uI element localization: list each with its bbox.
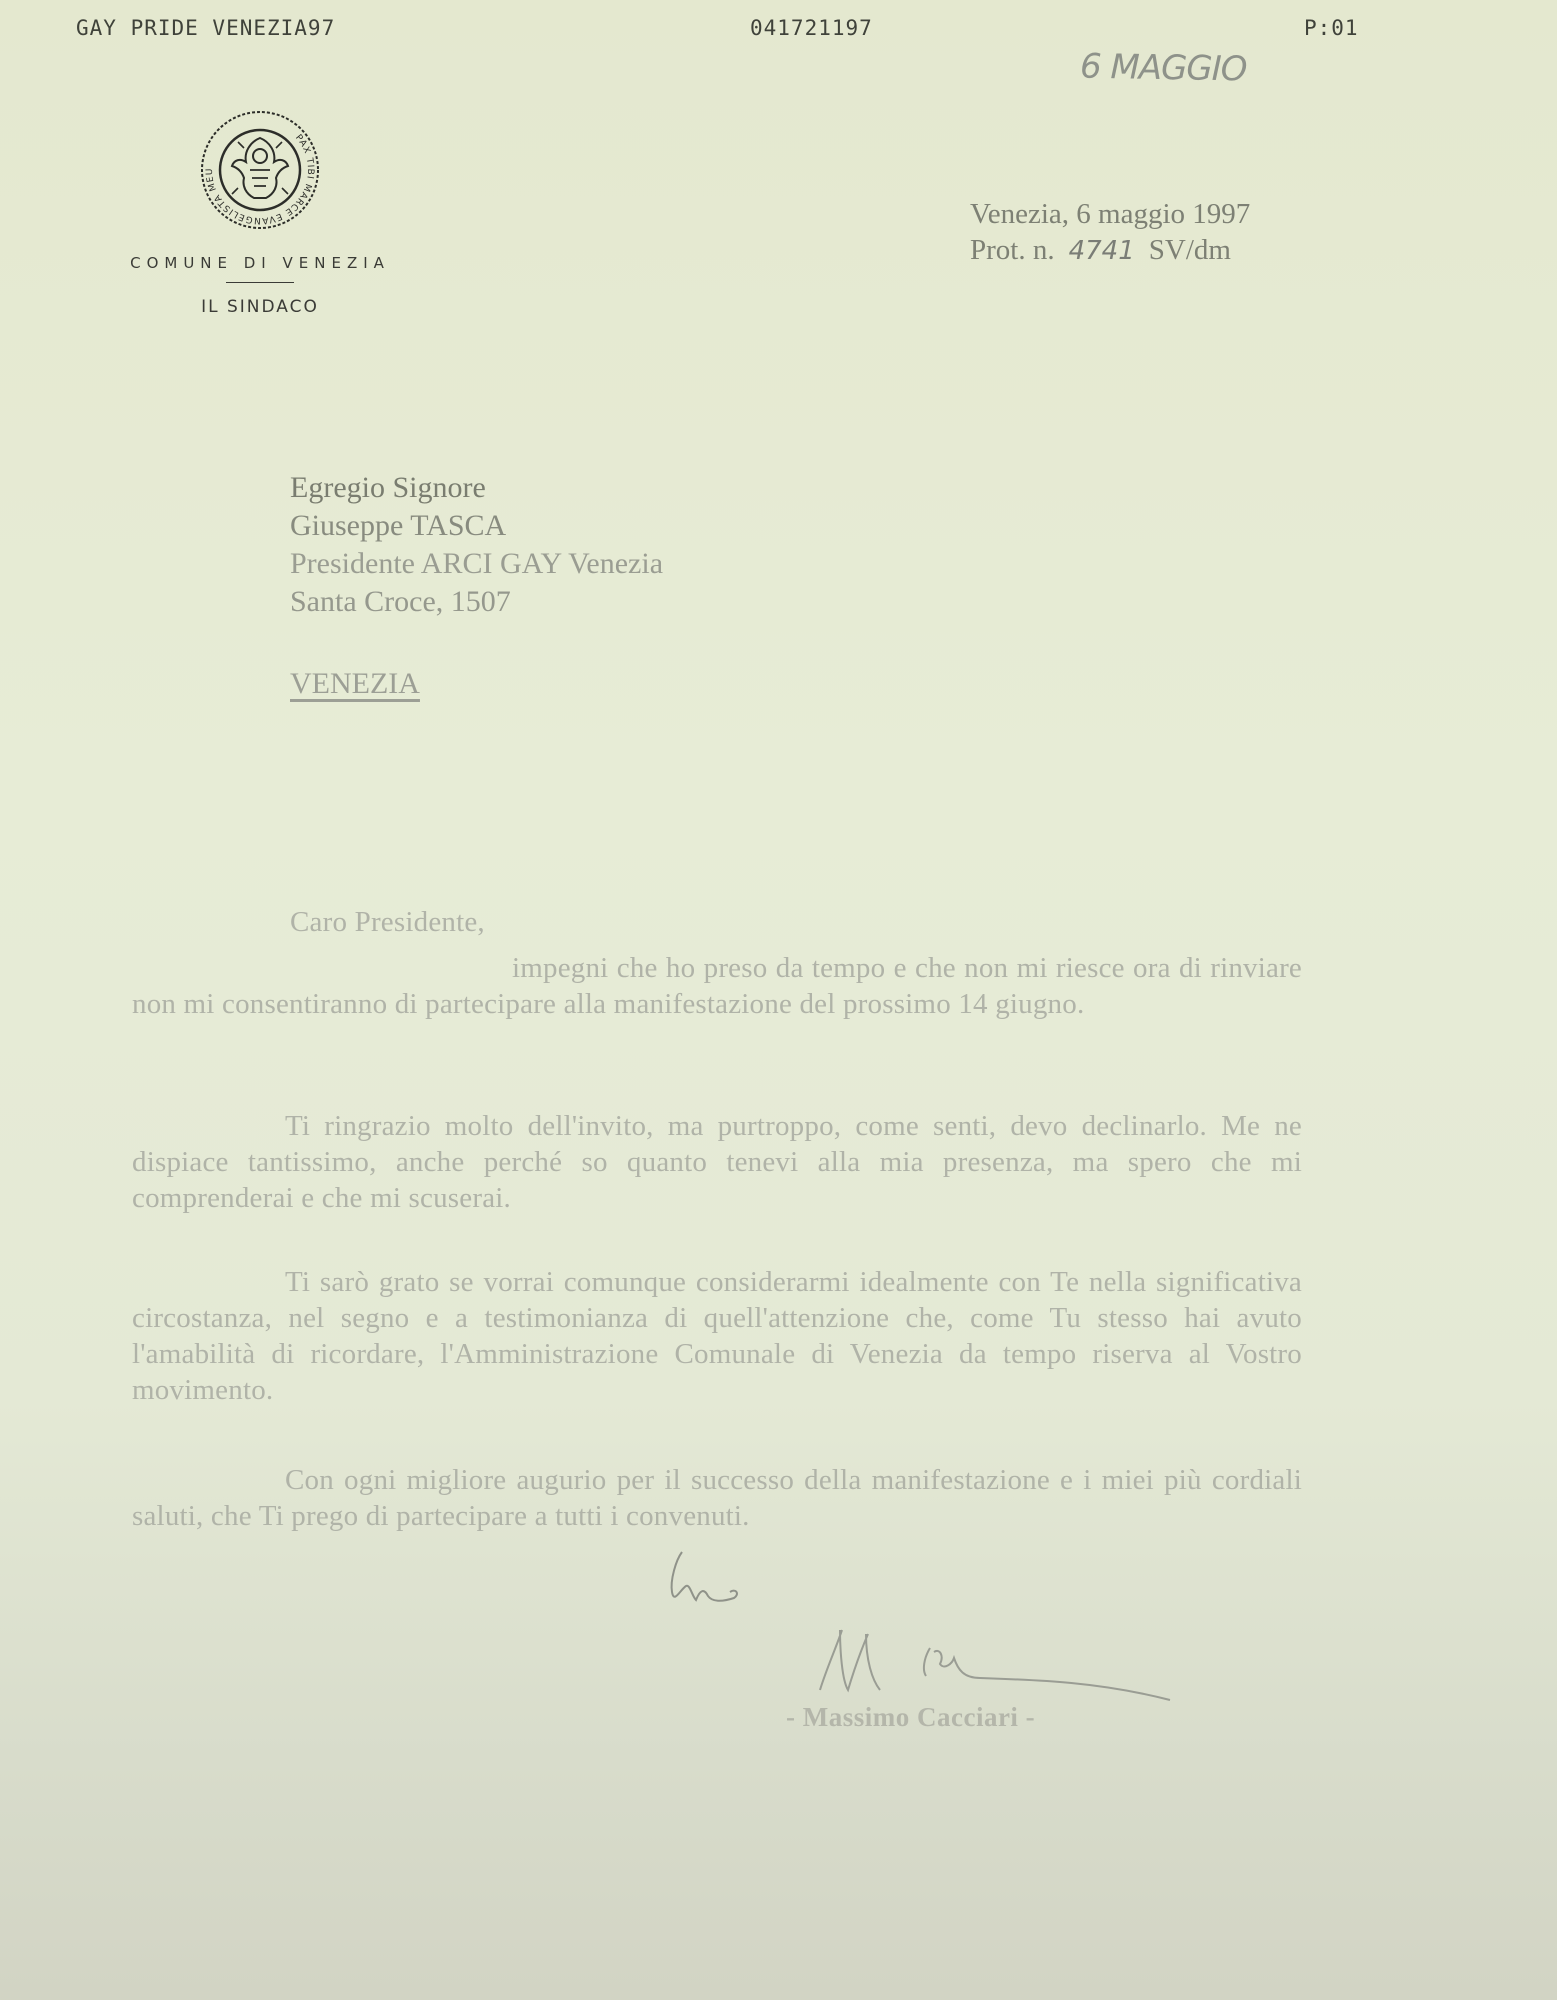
handwritten-signature-icon	[640, 1530, 1240, 1720]
recipient-line: Egregio Signore	[290, 469, 663, 507]
salutation: Caro Presidente,	[290, 904, 485, 940]
recipient-line: Presidente ARCI GAY Venezia	[290, 545, 663, 583]
organization-name: COMUNE DI VENEZIA	[110, 254, 410, 272]
place-date: Venezia, 6 maggio 1997	[970, 196, 1250, 232]
letter-paragraph: impegni che ho preso da tempo e che non …	[132, 950, 1302, 1022]
letterhead-divider	[226, 282, 294, 283]
fax-sender-id: GAY PRIDE VENEZIA97	[76, 16, 335, 40]
protocol-label: Prot. n.	[970, 234, 1055, 266]
recipient-line: Giuseppe TASCA	[290, 507, 663, 545]
protocol-suffix: SV/dm	[1149, 234, 1231, 266]
protocol-number: 4741	[1069, 236, 1135, 266]
recipient-address: Egregio Signore Giuseppe TASCA President…	[290, 469, 663, 621]
lion-of-saint-mark-seal-icon: PAX TIBI MARCE EVANGELISTA MEUS	[198, 108, 322, 232]
letterhead: PAX TIBI MARCE EVANGELISTA MEUS COMUNE D…	[110, 108, 410, 317]
fax-transmission-header: GAY PRIDE VENEZIA97 041721197 P:01	[0, 16, 1557, 46]
letter-paragraph: Con ogni migliore augurio per il success…	[132, 1462, 1302, 1534]
protocol-line: Prot. n.4741SV/dm	[970, 232, 1250, 269]
fax-page-number: P:01	[1304, 16, 1359, 40]
fax-phone-number: 041721197	[750, 16, 873, 40]
recipient-city: VENEZIA	[290, 667, 420, 701]
letter-paragraph: Ti sarò grato se vorrai comunque conside…	[132, 1264, 1302, 1408]
date-block: Venezia, 6 maggio 1997 Prot. n.4741SV/dm	[970, 196, 1250, 269]
handwritten-date-annotation: 6 MAGGIO	[1080, 47, 1247, 90]
letter-paragraph: Ti ringrazio molto dell'invito, ma purtr…	[132, 1108, 1302, 1216]
office-title: IL SINDACO	[110, 297, 410, 317]
recipient-line: Santa Croce, 1507	[290, 583, 663, 621]
signer-name: - Massimo Cacciari -	[786, 1702, 1035, 1733]
